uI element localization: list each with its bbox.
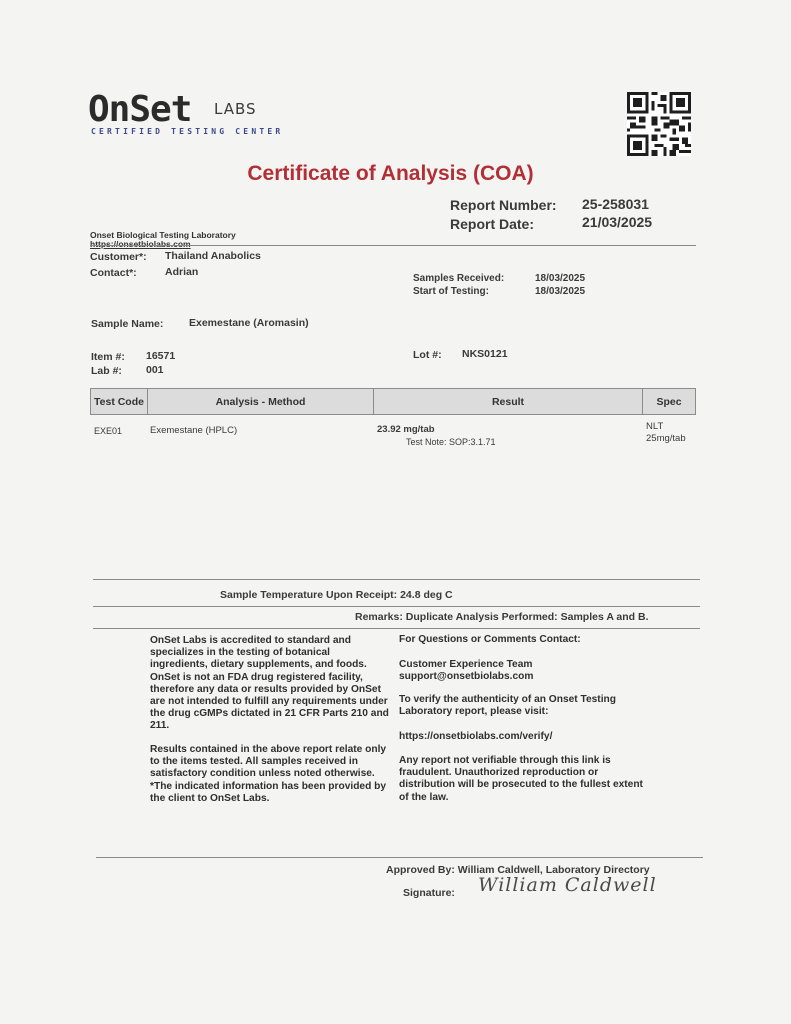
samples-received-value: 18/03/2025: [535, 273, 585, 284]
header-divider: [90, 245, 696, 246]
spec-line-2: 25mg/tab: [646, 433, 686, 444]
report-number-label: Report Number:: [450, 197, 557, 213]
method-cell: Exemestane (HPLC): [150, 425, 237, 436]
customer-value: Thailand Anabolics: [165, 250, 261, 262]
lot-value: NKS0121: [462, 348, 508, 360]
signature: William Caldwell: [478, 874, 657, 896]
column-spec: Spec: [643, 389, 695, 414]
start-testing-value: 18/03/2025: [535, 286, 585, 297]
results-disclaimer: Results contained in the above report re…: [150, 744, 390, 805]
customer-label: Customer*:: [90, 251, 147, 263]
contact-heading: For Questions or Comments Contact:: [399, 634, 649, 646]
report-date-label: Report Date:: [450, 216, 534, 232]
lab-number-value: 001: [146, 364, 164, 376]
column-analysis-method: Analysis - Method: [148, 389, 374, 414]
test-note: Test Note: SOP:3.1.71: [406, 437, 496, 447]
logo-tagline: CERTIFIED TESTING CENTER: [91, 127, 283, 136]
item-value: 16571: [146, 350, 175, 362]
accreditation-disclaimer: OnSet Labs is accredited to standard and…: [150, 635, 390, 733]
sample-name-value: Exemestane (Aromasin): [189, 317, 309, 329]
samples-received-label: Samples Received:: [413, 273, 504, 284]
qr-code-icon[interactable]: [627, 92, 691, 156]
footer-divider-2: [93, 606, 700, 607]
contact-email-link[interactable]: support@onsetbiolabs.com: [399, 671, 649, 683]
logo-wordmark: OnSet: [88, 92, 191, 128]
column-result: Result: [374, 389, 643, 414]
page-title: Certificate of Analysis (COA): [0, 162, 791, 186]
lab-url-link[interactable]: https://onsetbiolabs.com: [90, 239, 191, 249]
column-test-code: Test Code: [91, 389, 148, 414]
remarks-text: Remarks: Duplicate Analysis Performed: S…: [355, 611, 649, 623]
result-cell: 23.92 mg/tab: [377, 424, 435, 435]
contact-team: Customer Experience Team: [399, 659, 649, 671]
spec-line-1: NLT: [646, 421, 663, 432]
report-date: 21/03/2025: [582, 214, 652, 230]
results-table-header: Test Code Analysis - Method Result Spec: [90, 388, 696, 415]
fraud-warning: Any report not verifiable through this l…: [399, 755, 649, 804]
test-code-cell: EXE01: [94, 426, 122, 436]
contact-value: Adrian: [165, 266, 198, 278]
footer-divider-1: [93, 579, 700, 580]
sample-name-label: Sample Name:: [91, 318, 163, 330]
lot-label: Lot #:: [413, 349, 442, 361]
verify-text: To verify the authenticity of an Onset T…: [399, 694, 649, 718]
report-number: 25-258031: [582, 196, 649, 212]
verify-url-link[interactable]: https://onsetbiolabs.com/verify/: [399, 731, 649, 743]
start-testing-label: Start of Testing:: [413, 286, 489, 297]
contact-label: Contact*:: [90, 267, 137, 279]
approval-divider: [96, 857, 703, 858]
footer-divider-3: [93, 628, 700, 629]
logo-labs: LABS: [214, 100, 257, 118]
lab-number-label: Lab #:: [91, 365, 122, 377]
item-label: Item #:: [91, 351, 125, 363]
signature-label: Signature:: [403, 887, 455, 899]
temperature-text: Sample Temperature Upon Receipt: 24.8 de…: [220, 589, 453, 601]
